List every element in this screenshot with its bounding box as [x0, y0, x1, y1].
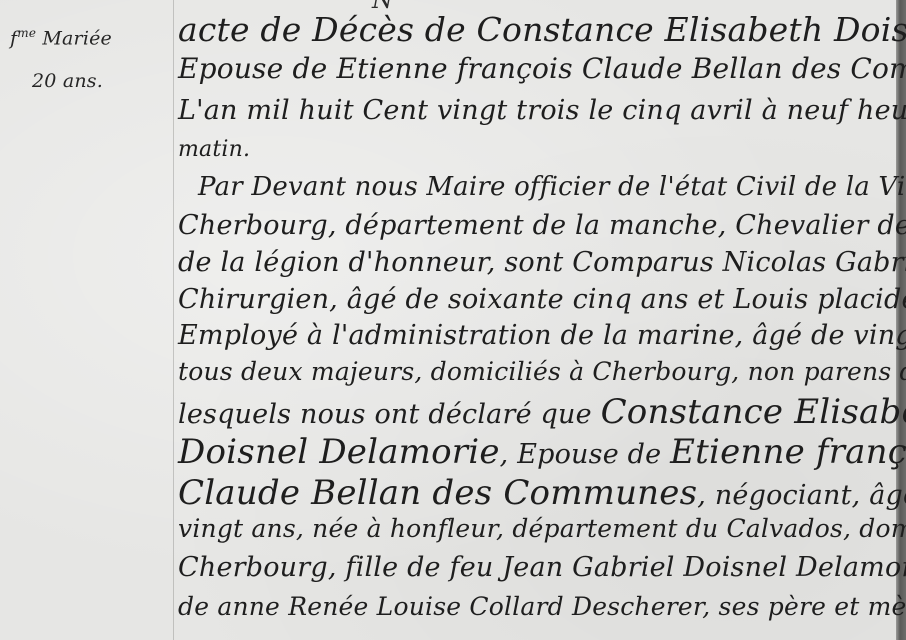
body-line-1: L'an mil huit Cent vingt trois le cinq a… [178, 95, 906, 126]
body-line-8: tous deux majeurs, domiciliés à Cherbour… [178, 357, 906, 386]
document-page: N° fme Mariée 20 ans. acte de Décès de C… [0, 0, 906, 640]
body-line-3: Par Devant nous Maire officier de l'état… [198, 172, 906, 202]
body-line-7: Employé à l'administration de la marine,… [178, 320, 906, 351]
record-title-line-2: Epouse de Etienne françois Claude Bellan… [178, 52, 906, 85]
body-line-4: Cherbourg, département de la manche, Che… [178, 210, 906, 241]
deceased-name-given: Constance Elisabeth [601, 392, 906, 432]
body-line-6: Chirurgien, âgé de soixante cinq ans et … [178, 284, 906, 315]
body-line-2: matin. [178, 137, 250, 162]
body-line-12: vingt ans, née à honfleur, département d… [178, 514, 906, 543]
body-line-9: lesquels nous ont déclaré que Constance … [178, 392, 906, 432]
deceased-name-family: Doisnel Delamorie [178, 432, 500, 472]
body-line-11: Claude Bellan des Communes, négociant, â… [178, 473, 906, 513]
margin-note-marital-status: Mariée [42, 27, 112, 49]
spouse-name-family: Claude Bellan des Communes [178, 473, 697, 513]
margin-rule [173, 0, 174, 640]
spouse-name-given: Etienne françois [670, 432, 906, 472]
body-line-5: de la légion d'honneur, sont Comparus Ni… [178, 247, 906, 278]
body-line-14: de anne Renée Louise Collard Descherer, … [178, 592, 906, 621]
body-line-11-text: , négociant, âgée de [697, 480, 906, 511]
body-line-10: Doisnel Delamorie, Epouse de Etienne fra… [178, 432, 906, 472]
margin-note-superscript: me [17, 26, 36, 40]
body-line-9-text: lesquels nous ont déclaré que [178, 399, 601, 430]
margin-note-status: fme Mariée [10, 26, 112, 49]
margin-note-age: 20 ans. [32, 70, 103, 92]
body-line-13: Cherbourg, fille de feu Jean Gabriel Doi… [178, 552, 906, 583]
body-line-10-text: , Epouse de [500, 439, 670, 470]
record-title-line-1: acte de Décès de Constance Elisabeth Doi… [178, 10, 906, 49]
